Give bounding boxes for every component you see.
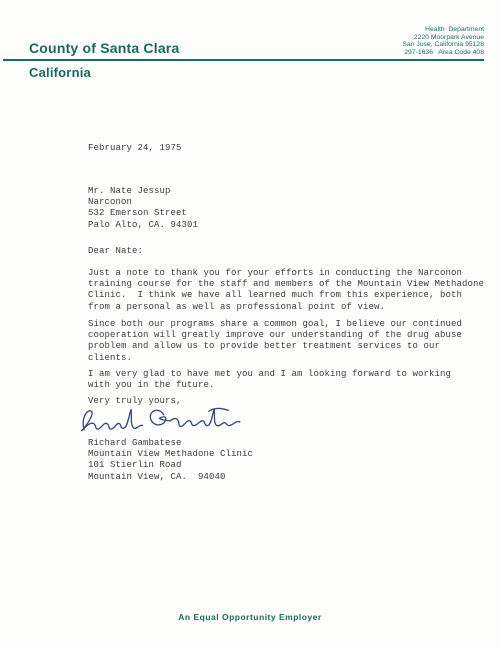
body-paragraph-2: Since both our programs share a common g… — [88, 319, 462, 364]
equal-opportunity-footer: An Equal Opportunity Employer — [0, 612, 500, 622]
recipient-address-block: Mr. Nate Jessup Narconon 532 Emerson Str… — [88, 186, 198, 231]
salutation: Dear Nate: — [88, 246, 143, 257]
letterhead-state-name: California — [29, 65, 91, 80]
letterhead-department-address: Health Department 2220 Moorpark Avenue S… — [402, 26, 484, 56]
letter-date: February 24, 1975 — [88, 143, 182, 154]
handwritten-signature-image — [78, 403, 246, 439]
body-paragraph-1: Just a note to thank you for your effort… — [88, 268, 484, 313]
body-paragraph-3: I am very glad to have met you and I am … — [88, 369, 451, 391]
letter-page: County of Santa Clara California Health … — [0, 0, 500, 647]
letterhead-divider-rule — [3, 59, 484, 61]
letterhead-county-name: County of Santa Clara — [29, 40, 179, 56]
typed-signer-block: Richard Gambatese Mountain View Methadon… — [88, 438, 253, 483]
